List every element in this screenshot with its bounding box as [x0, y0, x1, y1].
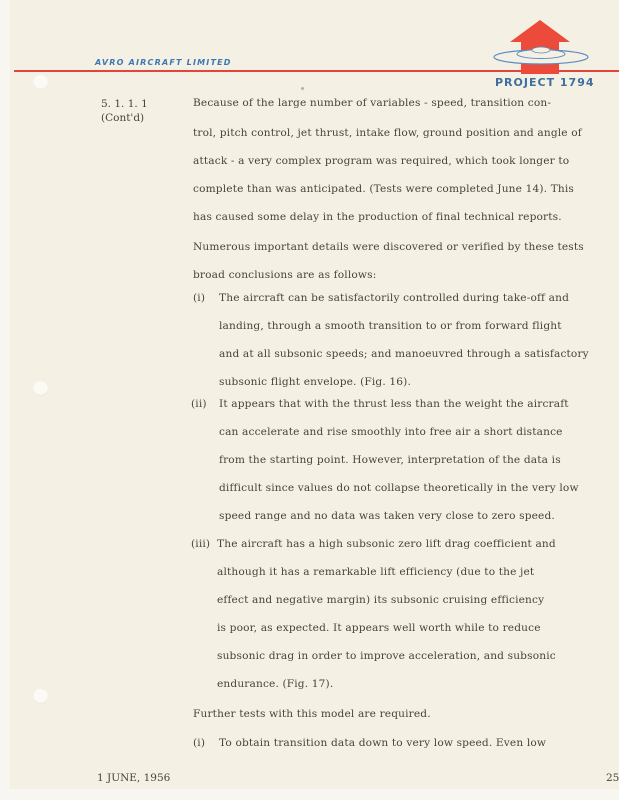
text-line: To obtain transition data down to very l… — [219, 737, 546, 749]
text-line: (i) — [193, 737, 205, 749]
text-line: endurance. (Fig. 17). — [217, 678, 333, 690]
text-line: speed range and no data was taken very c… — [219, 510, 555, 522]
company-name: AVRO AIRCRAFT LIMITED — [95, 58, 232, 67]
section-number-value: 5. 1. 1. 1 — [101, 97, 148, 111]
text-line: (i) — [193, 292, 205, 304]
text-line: although it has a remarkable lift effici… — [217, 566, 534, 578]
footer-date: 1 JUNE, 1956 — [97, 772, 170, 784]
punch-mark — [301, 87, 304, 90]
page-edge — [0, 0, 10, 800]
text-line: effect and negative margin) its subsonic… — [217, 594, 544, 606]
project-logo-icon — [490, 20, 590, 74]
text-line: trol, pitch control, jet thrust, intake … — [193, 127, 582, 139]
binder-hole-middle — [33, 381, 48, 396]
text-line: landing, through a smooth transition to … — [219, 320, 562, 332]
page-edge-bottom — [0, 789, 619, 800]
text-line: subsonic drag in order to improve accele… — [217, 650, 556, 662]
text-line: Because of the large number of variables… — [193, 97, 551, 109]
project-label: PROJECT 1794 — [495, 76, 595, 89]
text-line: and at all subsonic speeds; and manoeuvr… — [219, 348, 589, 360]
text-line: is poor, as expected. It appears well wo… — [217, 622, 541, 634]
text-line: can accelerate and rise smoothly into fr… — [219, 426, 563, 438]
text-line: Further tests with this model are requir… — [193, 708, 431, 720]
text-line: difficult since values do not collapse t… — [219, 482, 579, 494]
text-line: The aircraft can be satisfactorily contr… — [219, 292, 569, 304]
text-line: (iii) — [191, 538, 210, 550]
text-line: complete than was anticipated. (Tests we… — [193, 183, 574, 195]
section-continued: (Cont'd) — [101, 111, 148, 125]
text-line: subsonic flight envelope. (Fig. 16). — [219, 376, 411, 388]
binder-hole-bottom — [33, 689, 48, 704]
text-line: attack - a very complex program was requ… — [193, 155, 569, 167]
text-line: The aircraft has a high subsonic zero li… — [217, 538, 556, 550]
binder-hole-top — [33, 75, 48, 90]
text-line: has caused some delay in the production … — [193, 211, 562, 223]
text-line: broad conclusions are as follows: — [193, 269, 376, 281]
text-line: (ii) — [191, 398, 207, 410]
text-line: from the starting point. However, interp… — [219, 454, 561, 466]
section-number: 5. 1. 1. 1 (Cont'd) — [101, 97, 148, 125]
text-line: Numerous important details were discover… — [193, 241, 584, 253]
text-line: It appears that with the thrust less tha… — [219, 398, 569, 410]
page-number: 25 — [606, 772, 619, 784]
